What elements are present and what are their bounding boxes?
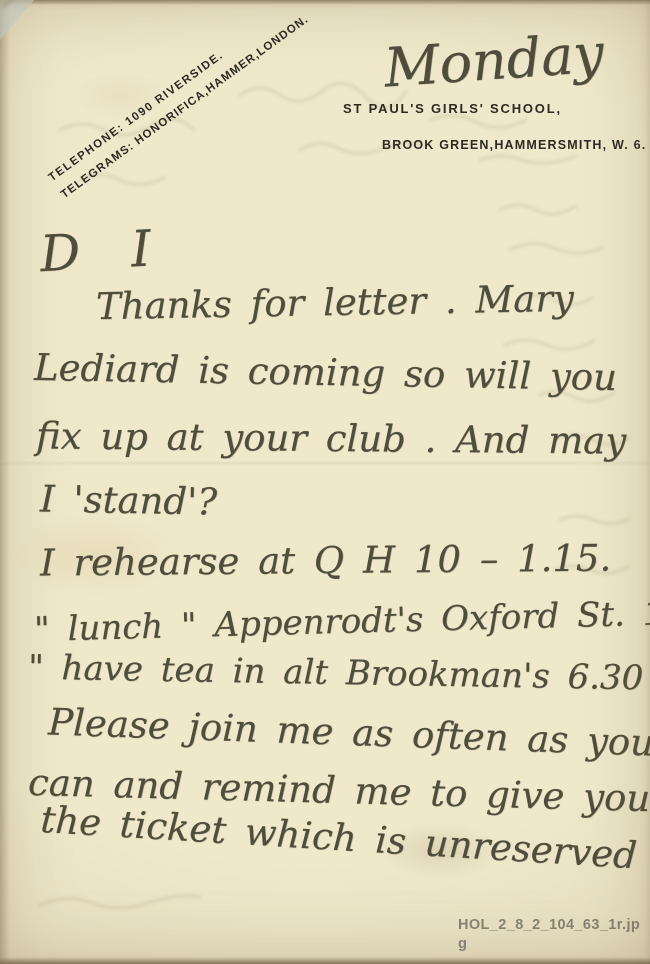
paper-edge-left xyxy=(0,0,10,964)
letter-line: fix up at your club . And may xyxy=(36,417,626,459)
watermark-line2: g xyxy=(458,935,640,954)
watermark-line1: HOL_2_8_2_104_63_1r.jp xyxy=(458,916,640,935)
school-address: BROOK GREEN,HAMMERSMITH, W. 6. xyxy=(382,138,646,152)
letter-line: Thanks for letter . Mary xyxy=(96,280,574,325)
school-name: ST PAUL'S GIRLS' SCHOOL, xyxy=(343,101,562,116)
letter-line: I rehearse at Q H 10 – 1.15. xyxy=(40,540,611,582)
archive-watermark: HOL_2_8_2_104_63_1r.jp g xyxy=(458,916,640,954)
date-line: Monday xyxy=(382,26,605,95)
letter-line: Lediard is coming so will you xyxy=(34,349,617,396)
letter-page: TELEPHONE: 1090 RIVERSIDE. TELEGRAMS: HO… xyxy=(0,0,650,964)
salutation: D I xyxy=(39,223,166,279)
paper-edge-bottom xyxy=(0,957,650,964)
letter-line: I 'stand'? xyxy=(40,480,218,520)
letter-line: " have tea in alt Brookman's 6.30 xyxy=(28,651,644,696)
